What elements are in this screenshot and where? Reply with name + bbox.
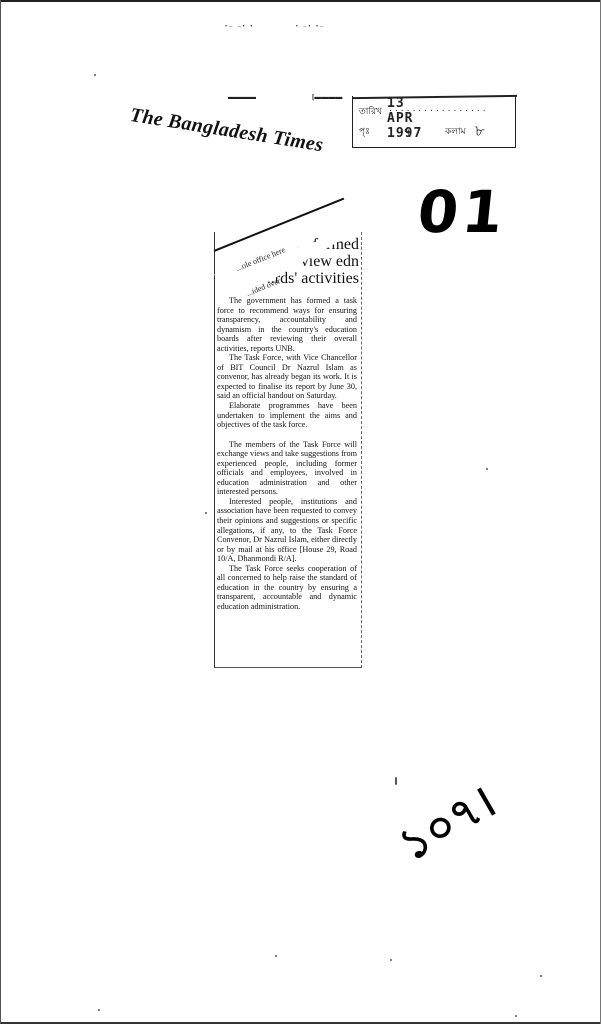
article-paragraph: Interested people, institutions and asso…	[217, 497, 357, 564]
article-paragraph: The Task Force seeks cooperation of all …	[217, 564, 357, 612]
scan-speck	[98, 1009, 100, 1011]
archive-stamp: তারিখ ................. 13 APR 1997 পৃঃ …	[352, 96, 516, 148]
scan-edge-top	[0, 0, 601, 2]
handwritten-number: 01	[414, 178, 510, 246]
newspaper-masthead: The Bangladesh Times	[128, 104, 324, 157]
scan-speck	[540, 975, 542, 977]
article-body: The government has formed a task force t…	[217, 296, 357, 612]
stamp-column-value: ৮	[475, 120, 485, 145]
stamp-page-value: ৭	[403, 121, 412, 145]
scan-edge-left	[0, 0, 1, 1024]
top-mark: •– ‒• •	[225, 24, 254, 30]
article-paragraph: The Task Force, with Vice Chancellor of …	[217, 353, 357, 401]
header-label: [▬▬▬▬	[312, 93, 342, 101]
article-paragraph: The government has formed a task force t…	[217, 296, 357, 353]
scan-speck	[395, 777, 397, 785]
stamp-page-label: পৃঃ	[359, 127, 370, 137]
scan-speck	[486, 468, 488, 470]
header-label: ▬▬▬▬	[228, 93, 256, 101]
article-paragraph: The members of the Task Force will excha…	[217, 440, 357, 497]
scan-speck	[515, 1015, 517, 1017]
top-scan-marks: •– ‒• • • ‒• •‒	[225, 24, 363, 30]
handwritten-mark: ১০৭।	[387, 770, 511, 884]
scan-speck	[205, 512, 207, 514]
scan-speck	[390, 959, 392, 961]
stamp-page-row: পৃঃ ৭ কলাম ৮	[359, 124, 370, 139]
fold-text-line: ...ole office here	[235, 245, 287, 273]
article-paragraph: Elaborate programmes have been undertake…	[217, 401, 357, 430]
scan-speck	[275, 955, 277, 957]
stamp-column-label: কলাম	[445, 124, 466, 139]
scan-speck	[94, 74, 96, 76]
top-mark: • ‒• •‒	[296, 24, 325, 30]
stamp-date-label: তারিখ	[359, 107, 382, 117]
stamp-date-row: তারিখ ................. 13 APR 1997	[359, 104, 382, 119]
